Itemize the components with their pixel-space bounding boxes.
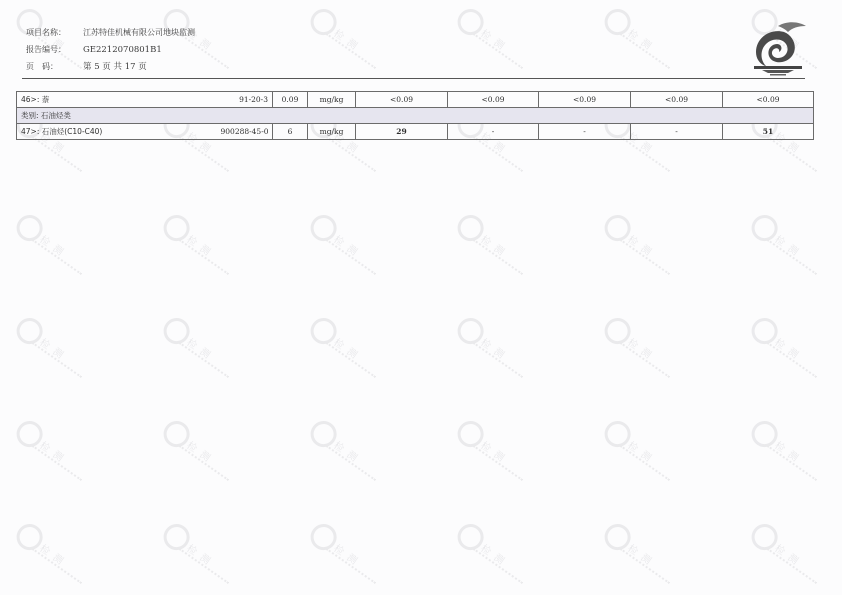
company-seal-watermark-icon: 检测 xyxy=(447,516,535,595)
company-seal-watermark-icon: 检测 xyxy=(447,1,535,80)
project-name-row: 项目名称： 江苏特佳机械有限公司地块监测 xyxy=(26,26,195,43)
company-seal-watermark-icon: 检测 xyxy=(741,516,829,595)
result-value: - xyxy=(539,124,631,140)
company-seal-watermark-icon: 检测 xyxy=(6,207,94,286)
result-value: <0.09 xyxy=(723,92,814,108)
company-seal-watermark-icon: 检测 xyxy=(594,207,682,286)
company-seal-watermark-icon: 检测 xyxy=(741,207,829,286)
project-name-label: 项目名称： xyxy=(26,26,83,43)
company-seal-watermark-icon: 检测 xyxy=(153,207,241,286)
result-value: 29 xyxy=(356,124,448,140)
company-seal-watermark-icon: 检测 xyxy=(153,310,241,389)
swirl-wave-logo-icon xyxy=(748,18,808,76)
company-seal-watermark-icon: 检测 xyxy=(6,516,94,595)
result-value: 51 xyxy=(723,124,814,140)
company-seal-watermark-icon: 检测 xyxy=(741,413,829,492)
company-seal-watermark-icon: 检测 xyxy=(300,207,388,286)
detection-limit: 0.09 xyxy=(273,92,308,108)
company-seal-watermark-icon: 检测 xyxy=(594,310,682,389)
result-value: <0.09 xyxy=(448,92,539,108)
document-header: 项目名称： 江苏特佳机械有限公司地块监测 报告编号： GE2212070801B… xyxy=(26,26,195,77)
company-seal-watermark-icon: 检测 xyxy=(300,310,388,389)
company-seal-watermark-icon: 检测 xyxy=(6,413,94,492)
company-seal-watermark-icon: 检测 xyxy=(300,1,388,80)
company-seal-watermark-icon: 检测 xyxy=(300,516,388,595)
company-seal-watermark-icon: 检测 xyxy=(594,413,682,492)
header-divider xyxy=(22,78,805,79)
company-seal-watermark-icon: 检测 xyxy=(447,207,535,286)
company-seal-watermark-icon: 检测 xyxy=(153,516,241,595)
company-seal-watermark-icon: 检测 xyxy=(6,310,94,389)
company-seal-watermark-icon: 检测 xyxy=(594,516,682,595)
page-number-label: 页 码： xyxy=(26,60,83,77)
table-row: 46>: 萘91-20-30.09mg/kg<0.09<0.09<0.09<0.… xyxy=(17,92,814,108)
unit: mg/kg xyxy=(308,92,356,108)
result-value: - xyxy=(448,124,539,140)
result-value: <0.09 xyxy=(631,92,723,108)
category-label: 类别: 石油烃类 xyxy=(17,108,814,124)
unit: mg/kg xyxy=(308,124,356,140)
detection-limit: 6 xyxy=(273,124,308,140)
page-number-value: 第 5 页 共 17 页 xyxy=(83,60,147,77)
report-number-value: GE2212070801B1 xyxy=(83,43,162,60)
company-seal-watermark-icon: 检测 xyxy=(447,310,535,389)
result-value: <0.09 xyxy=(539,92,631,108)
results-table: 46>: 萘91-20-30.09mg/kg<0.09<0.09<0.09<0.… xyxy=(16,91,814,140)
page-number-row: 页 码： 第 5 页 共 17 页 xyxy=(26,60,195,77)
analyte-name: 46>: 萘 xyxy=(17,92,217,108)
cas-number: 91-20-3 xyxy=(217,92,273,108)
analyte-name: 47>: 石油烃(C10-C40) xyxy=(17,124,217,140)
company-seal-watermark-icon: 检测 xyxy=(741,310,829,389)
report-number-row: 报告编号： GE2212070801B1 xyxy=(26,43,195,60)
cas-number: 900288-45-0 xyxy=(217,124,273,140)
company-seal-watermark-icon: 检测 xyxy=(447,413,535,492)
watermark-layer: 检测检测检测检测检测检测检测检测检测检测检测检测检测检测检测检测检测检测检测检测… xyxy=(0,0,842,595)
result-value: <0.09 xyxy=(356,92,448,108)
result-value: - xyxy=(631,124,723,140)
category-row: 类别: 石油烃类 xyxy=(17,108,814,124)
report-number-label: 报告编号： xyxy=(26,43,83,60)
company-seal-watermark-icon: 检测 xyxy=(153,413,241,492)
company-seal-watermark-icon: 检测 xyxy=(594,1,682,80)
company-seal-watermark-icon: 检测 xyxy=(300,413,388,492)
project-name-value: 江苏特佳机械有限公司地块监测 xyxy=(83,26,195,43)
table-row: 47>: 石油烃(C10-C40)900288-45-06mg/kg29---5… xyxy=(17,124,814,140)
